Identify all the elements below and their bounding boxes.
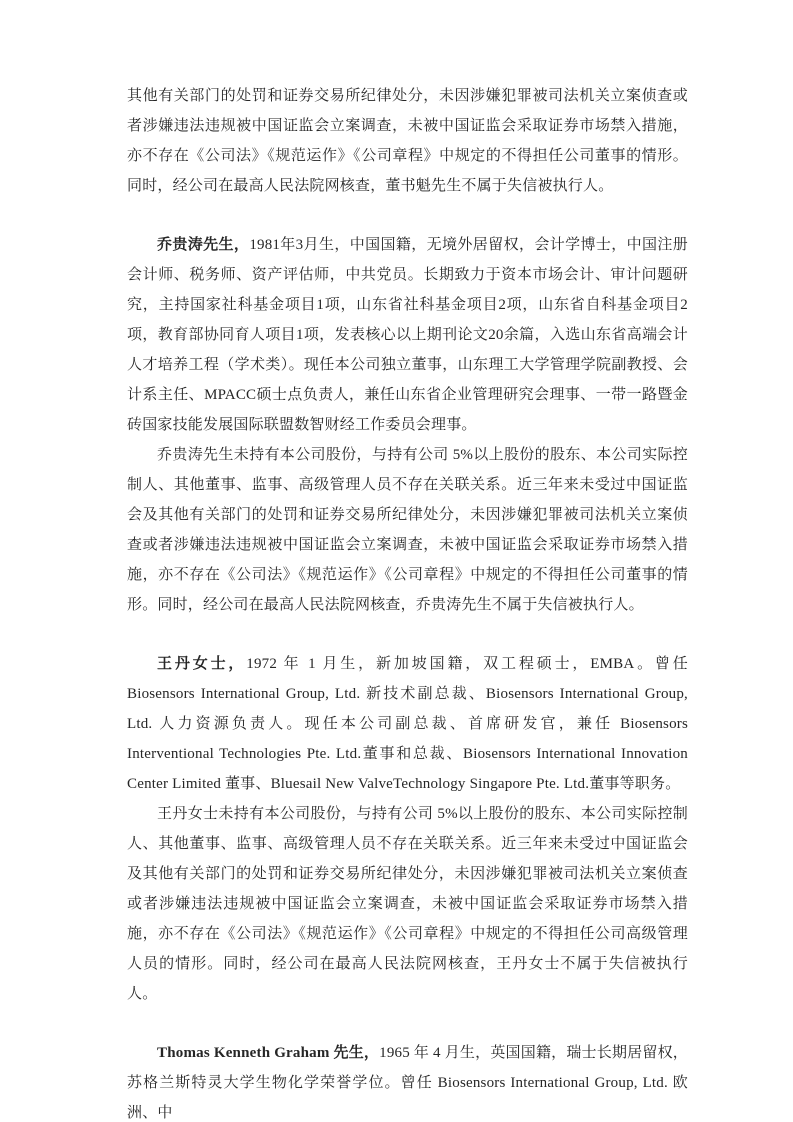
paragraph: Thomas Kenneth Graham 先生，1965 年 4 月生，英国国… <box>127 1038 688 1122</box>
paragraph: 乔贵涛先生未持有本公司股份，与持有公司 5%以上股份的股东、本公司实际控制人、其… <box>127 440 688 620</box>
paragraph: 其他有关部门的处罚和证券交易所纪律处分，未因涉嫌犯罪被司法机关立案侦查或者涉嫌违… <box>127 81 688 201</box>
person-name: 王丹女士， <box>157 656 246 672</box>
document-body: 其他有关部门的处罚和证券交易所纪律处分，未因涉嫌犯罪被司法机关立案侦查或者涉嫌违… <box>127 81 688 1122</box>
paragraph-text: 乔贵涛先生未持有本公司股份，与持有公司 5%以上股份的股东、本公司实际控制人、其… <box>127 447 688 613</box>
paragraph: 乔贵涛先生，1981年3月生，中国国籍，无境外居留权，会计学博士，中国注册会计师… <box>127 230 688 440</box>
paragraph-text: 其他有关部门的处罚和证券交易所纪律处分，未因涉嫌犯罪被司法机关立案侦查或者涉嫌违… <box>127 88 688 194</box>
paragraph-text: 1981年3月生，中国国籍，无境外居留权，会计学博士，中国注册会计师、税务师、资… <box>127 237 688 433</box>
document-page: 其他有关部门的处罚和证券交易所纪律处分，未因涉嫌犯罪被司法机关立案侦查或者涉嫌违… <box>0 0 793 1122</box>
paragraph-text: 王丹女士未持有本公司股份，与持有公司 5%以上股份的股东、本公司实际控制人、其他… <box>127 806 688 1002</box>
paragraph: 王丹女士，1972 年 1 月生，新加坡国籍，双工程硕士，EMBA。曾任 Bio… <box>127 649 688 799</box>
paragraph-text: 1972 年 1 月生，新加坡国籍，双工程硕士，EMBA。曾任 Biosenso… <box>127 656 688 792</box>
paragraph: 王丹女士未持有本公司股份，与持有公司 5%以上股份的股东、本公司实际控制人、其他… <box>127 799 688 1009</box>
person-name: 乔贵涛先生， <box>157 237 249 253</box>
person-name: Thomas Kenneth Graham 先生， <box>157 1045 379 1061</box>
